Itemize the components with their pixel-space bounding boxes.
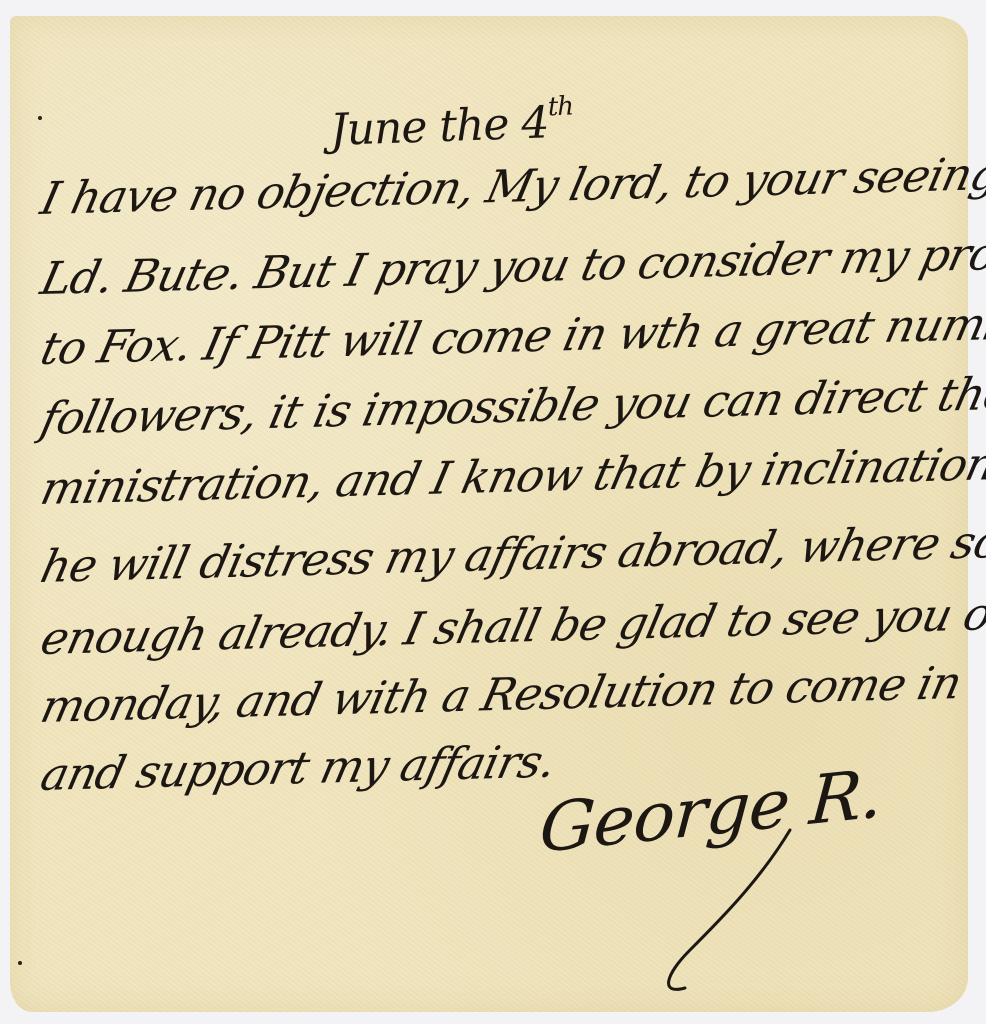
- signature-flourish-icon: [640, 820, 840, 1000]
- ink-speck: [38, 116, 42, 120]
- ink-speck: [18, 961, 22, 965]
- letter-date: June the 4th: [329, 92, 574, 156]
- scanned-page: June the 4th I have no objection, My lor…: [0, 0, 986, 1024]
- date-text: June the 4: [329, 97, 549, 156]
- date-suffix: th: [547, 92, 573, 123]
